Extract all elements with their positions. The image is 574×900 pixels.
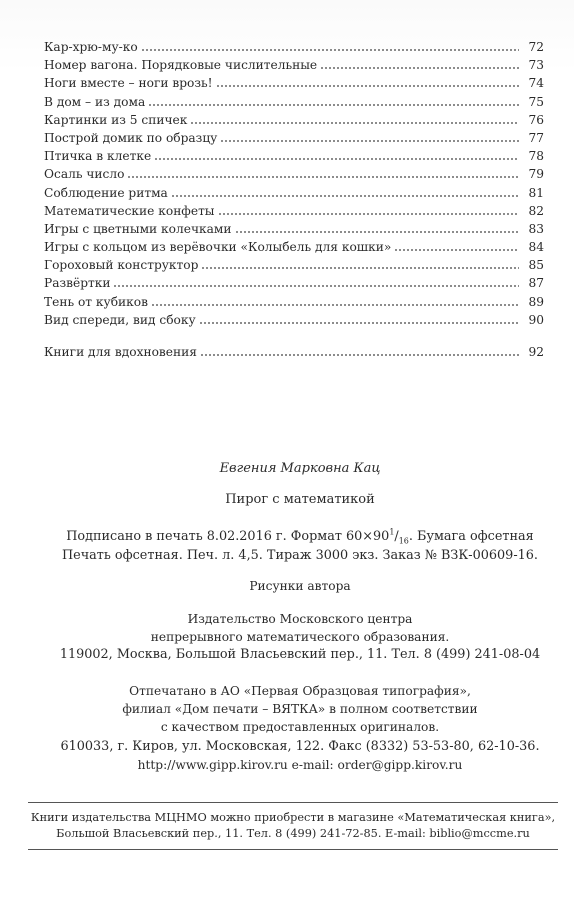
toc-entry-title: Игры с цветными колечками [44,220,235,238]
toc-entry: Птичка в клетке78 [44,147,544,165]
toc-entry-title: Кар-хрю-му-ко [44,38,141,56]
toc-leader-dots [190,113,519,125]
format-denominator: 16 [399,537,409,546]
toc-leader-dots [320,58,519,70]
toc-entry-title: Осаль число [44,165,127,183]
book-title: Пирог с математикой [40,491,560,509]
toc-entry-page: 76 [519,111,544,129]
toc-entry-page: 79 [519,165,544,183]
toc-entry-page: 85 [519,256,544,274]
toc-leader-dots [199,313,519,325]
toc-leader-dots [201,258,519,270]
printer-web-email: http://www.gipp.kirov.ru e-mail: order@g… [40,756,560,774]
toc-entry: Построй домик по образцу77 [44,129,544,147]
toc-entry: Номер вагона. Порядковые числительные73 [44,56,544,74]
toc-entry: Развёртки87 [44,274,544,292]
toc-entry-title: В дом – из дома [44,93,148,111]
print-info-line-1: Подписано в печать 8.02.2016 г. Формат 6… [40,527,560,546]
toc-entry: Игры с цветными колечками83 [44,220,544,238]
divider-bottom [28,849,558,850]
toc-entry-page: 73 [519,56,544,74]
book-page: Кар-хрю-му-ко72Номер вагона. Порядковые … [0,0,574,900]
print-info-line-2: Печать офсетная. Печ. л. 4,5. Тираж 3000… [40,546,560,565]
toc-entry-title: Ноги вместе – ноги врозь! [44,74,216,92]
toc-entry: Осаль число79 [44,165,544,183]
publisher-name-line-2: непрерывного математического образования… [40,628,560,646]
toc-entry-page: 78 [519,147,544,165]
toc-entry-page: 82 [519,202,544,220]
toc-entry-title: Тень от кубиков [44,293,151,311]
toc-leader-dots [141,40,519,52]
toc-entry: Кар-хрю-му-ко72 [44,38,544,56]
toc-leader-dots [154,149,519,161]
toc-entry: Соблюдение ритма81 [44,184,544,202]
toc-entry-page: 90 [519,311,544,329]
toc-entry-page: 77 [519,129,544,147]
toc-entry-page: 74 [519,74,544,92]
toc-leader-dots [218,204,519,216]
shop-note-line-1: Книги издательства МЦНМО можно приобрест… [28,810,558,826]
toc-entry-title: Построй домик по образцу [44,129,220,147]
toc-entry-title: Соблюдение ритма [44,184,171,202]
toc-leader-dots [235,222,520,234]
illustrations-credit: Рисунки автора [40,578,560,596]
print-info-format: Подписано в печать 8.02.2016 г. Формат 6… [66,529,389,544]
toc-entry-page: 92 [519,343,544,361]
toc-entry-title: Математические конфеты [44,202,218,220]
toc-leader-dots [171,186,519,198]
shop-note-line-2: Большой Власьевский пер., 11. Тел. 8 (49… [28,826,558,842]
print-info-paper: . Бумага офсетная [409,529,534,544]
toc-leader-dots [200,345,519,357]
printer-address: 610033, г. Киров, ул. Московская, 122. Ф… [40,738,560,756]
toc-entry-page: 87 [519,274,544,292]
toc-entry: Тень от кубиков89 [44,293,544,311]
toc-entry-title: Вид спереди, вид сбоку [44,311,199,329]
toc-leader-dots [148,95,519,107]
printer-line-1: Отпечатано в АО «Первая Образцовая типог… [40,682,560,700]
toc-leader-dots [220,131,519,143]
toc-leader-dots [394,240,519,252]
toc-entry: Игры с кольцом из верёвочки «Колыбель дл… [44,238,544,256]
toc-leader-dots [151,295,519,307]
toc-entry-page: 75 [519,93,544,111]
toc-entry-title: Картинки из 5 спичек [44,111,190,129]
publisher-name-line-1: Издательство Московского центра [40,610,560,628]
printer-contacts: 610033, г. Киров, ул. Московская, 122. Ф… [40,738,560,774]
toc-entry-title: Номер вагона. Порядковые числительные [44,56,320,74]
divider-top [28,802,558,803]
toc-entry: Гороховый конструктор85 [44,256,544,274]
toc-entry-page: 84 [519,238,544,256]
printer-line-2: филиал «Дом печати – ВЯТКА» в полном соо… [40,700,560,718]
toc-leader-dots [127,167,519,179]
toc-entry-page: 89 [519,293,544,311]
shop-note: Книги издательства МЦНМО можно приобрест… [28,810,558,841]
toc-leader-dots [216,76,519,88]
printer-info: Отпечатано в АО «Первая Образцовая типог… [40,682,560,736]
table-of-contents: Кар-хрю-му-ко72Номер вагона. Порядковые … [44,38,544,361]
publisher-info: Издательство Московского центра непрерыв… [40,610,560,664]
printer-line-3: с качеством предоставленных оригиналов. [40,718,560,736]
toc-entry: Книги для вдохновения92 [44,343,544,361]
toc-entry-title: Книги для вдохновения [44,343,200,361]
toc-entry-title: Игры с кольцом из верёвочки «Колыбель дл… [44,238,394,256]
toc-entry-page: 81 [519,184,544,202]
toc-entry: Вид спереди, вид сбоку90 [44,311,544,329]
toc-entry: Ноги вместе – ноги врозь!74 [44,74,544,92]
print-info: Подписано в печать 8.02.2016 г. Формат 6… [40,527,560,565]
toc-entry-page: 72 [519,38,544,56]
publisher-address: 119002, Москва, Большой Власьевский пер.… [40,646,560,664]
toc-entry-title: Гороховый конструктор [44,256,201,274]
toc-entry-page: 83 [519,220,544,238]
toc-leader-dots [113,276,519,288]
toc-entry: Картинки из 5 спичек76 [44,111,544,129]
toc-entry: В дом – из дома75 [44,93,544,111]
toc-entry: Математические конфеты82 [44,202,544,220]
author-name: Евгения Марковна Кац [40,460,560,478]
toc-entry-title: Птичка в клетке [44,147,154,165]
toc-entry-title: Развёртки [44,274,113,292]
